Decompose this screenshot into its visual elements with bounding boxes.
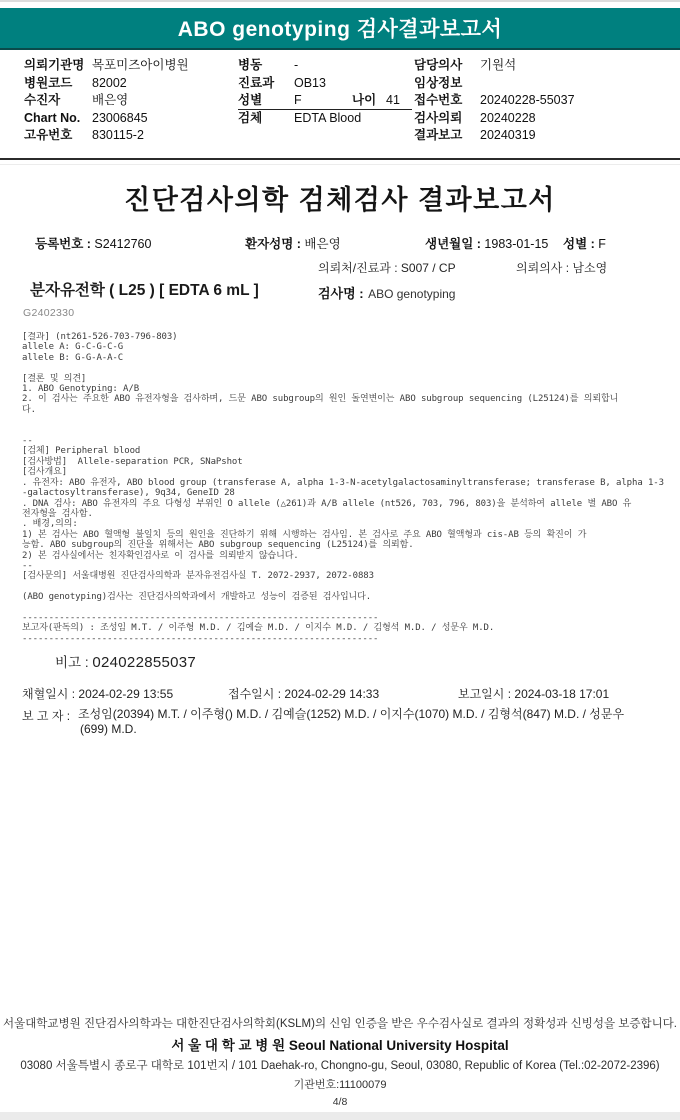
field-report-datetime: 보고일시 : 2024-03-18 17:01 (458, 685, 609, 702)
field-patient: 수진자 배은영 (24, 93, 236, 111)
report-page: ABO genotyping 검사결과보고서 의뢰기관명 목포미즈아이병원 병원… (0, 0, 680, 1120)
field-specimen: 검체 EDTA Blood (238, 111, 412, 129)
field-collection-datetime: 채혈일시 : 2024-02-29 13:55 (22, 685, 173, 702)
field-reporters: 보 고 자 : 조성임(20394) M.T. / 이주형() M.D. / 김… (22, 707, 680, 737)
report-body-text: [결과] (nt261-526-703-796-803) allele A: G… (22, 332, 674, 644)
hospital-name: 서 울 대 학 교 병 원 Seoul National University … (0, 1034, 680, 1054)
field-sex: 성별 : F (563, 234, 606, 252)
field-receipt-no: 접수번호 20240228-55037 (414, 93, 672, 111)
info-column-right: 담당의사 기원석 임상정보 접수번호 20240228-55037 검사의뢰 2… (414, 58, 672, 146)
report-banner: ABO genotyping 검사결과보고서 (0, 8, 680, 50)
banner-title: ABO genotyping 검사결과보고서 (178, 13, 503, 43)
document-title: 진단검사의학 검체검사 결과보고서 (0, 178, 680, 217)
page-number: 4/8 (0, 1096, 680, 1108)
hospital-address: 03080 서울특별시 종로구 대학로 101번지 / 101 Daehak-r… (0, 1057, 680, 1073)
field-test-name: 검사명 : ABO genotyping (318, 283, 455, 303)
info-column-middle: 병동 - 진료과 OB13 성별 F 나이 41 검체 EDTA Blood (238, 58, 412, 129)
field-requesting-institution: 의뢰기관명 목포미즈아이병원 (24, 58, 236, 76)
field-ward: 병동 - (238, 58, 412, 76)
field-ordering-doctor: 의뢰의사 : 남소영 (516, 259, 607, 276)
field-clinical-info: 임상정보 (414, 76, 672, 94)
field-sex-age: 성별 F 나이 41 (238, 93, 412, 110)
field-unique-no: 고유번호 830115-2 (24, 128, 236, 146)
field-birth-date: 생년월일 : 1983-01-15 (425, 234, 548, 252)
test-section-header: 의뢰처/진료과 : S007 / CP 의뢰의사 : 남소영 분자유전학 ( L… (0, 254, 680, 328)
field-attending-doctor: 담당의사 기원석 (414, 58, 672, 76)
field-hospital-code: 병원코드 82002 (24, 76, 236, 94)
field-ordering-dept: 의뢰처/진료과 : S007 / CP (318, 259, 456, 276)
field-remark: 비고 : 024022855037 (55, 651, 680, 671)
bottom-strip (0, 1112, 680, 1120)
org-number: 기관번호:11100079 (0, 1076, 680, 1092)
field-department: 진료과 OB13 (238, 76, 412, 94)
page-footer: 서울대학교병원 진단검사의학과는 대한진단검사의학회(KSLM)의 신임 인증을… (0, 1015, 680, 1108)
reporters-names: 조성임(20394) M.T. / 이주형() M.D. / 김예슬(1252)… (78, 707, 680, 737)
panel-title: 분자유전학 ( L25 ) [ EDTA 6 mL ] (30, 278, 259, 300)
field-receipt-datetime: 접수일시 : 2024-02-29 14:33 (228, 685, 379, 702)
section-divider-dark (0, 158, 680, 160)
field-patient-name: 환자성명 : 배은영 (245, 234, 341, 252)
section-divider-faint (0, 164, 680, 165)
top-divider (0, 0, 680, 8)
accreditation-statement: 서울대학교병원 진단검사의학과는 대한진단검사의학회(KSLM)의 신임 인증을… (0, 1015, 680, 1031)
field-registration-no: 등록번호 : S2412760 (35, 234, 151, 252)
patient-summary-row: 등록번호 : S2412760 환자성명 : 배은영 생년월일 : 1983-0… (0, 234, 680, 254)
field-chart-no: Chart No. 23006845 (24, 111, 236, 129)
field-result-report-date: 결과보고 20240319 (414, 128, 672, 146)
header-info-table: 의뢰기관명 목포미즈아이병원 병원코드 82002 수진자 배은영 Chart … (0, 50, 680, 158)
info-column-left: 의뢰기관명 목포미즈아이병원 병원코드 82002 수진자 배은영 Chart … (24, 58, 236, 146)
accession-number: G2402330 (23, 307, 74, 319)
field-test-request-date: 검사의뢰 20240228 (414, 111, 672, 129)
dates-row: 채혈일시 : 2024-02-29 13:55 접수일시 : 2024-02-2… (0, 685, 680, 701)
